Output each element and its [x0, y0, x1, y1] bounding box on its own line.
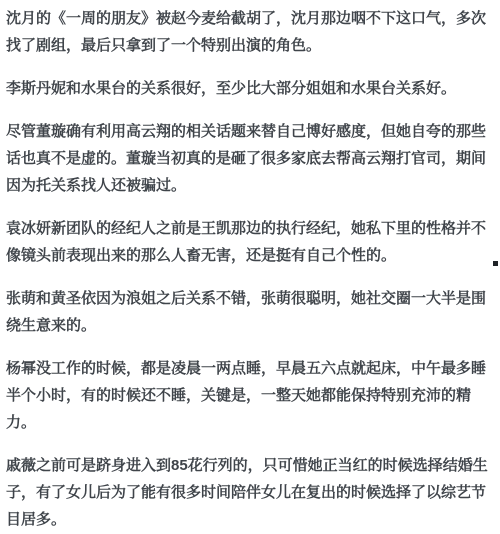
paragraph-qiwei: 戚薇之前可是跻身进入到85花行列的，只可惜她正当红的时候选择结婚生子，有了女儿后…: [6, 452, 494, 533]
paragraph-yangmi: 杨幂没工作的时候，都是凌晨一两点睡，早晨五六点就起床，中午最多睡半个小时，有的时…: [6, 355, 494, 436]
paragraph-zhangmeng: 张萌和黄圣依因为浪姐之后关系不错，张萌很聪明，她社交圈一大半是围绕生意来的。: [6, 285, 494, 339]
edge-artifact-dot: [493, 261, 498, 266]
paragraph-shenyue: 沈月的《一周的朋友》被赵今麦给截胡了，沈月那边咽不下这口气，多次找了剧组，最后只…: [6, 5, 494, 59]
paragraph-yuanbingyan: 袁冰妍新团队的经纪人之前是王凯那边的执行经纪，她私下里的性格并不像镜头前表现出来…: [6, 215, 494, 269]
article-body: 沈月的《一周的朋友》被赵今麦给截胡了，沈月那边咽不下这口气，多次找了剧组，最后只…: [0, 0, 500, 534]
paragraph-lisidanni: 李斯丹妮和水果台的关系很好，至少比大部分姐姐和水果台关系好。: [6, 75, 494, 102]
paragraph-dongxuan: 尽管董璇确有利用高云翔的相关话题来替自己博好感度，但她自夸的那些话也真不是虚的。…: [6, 118, 494, 199]
